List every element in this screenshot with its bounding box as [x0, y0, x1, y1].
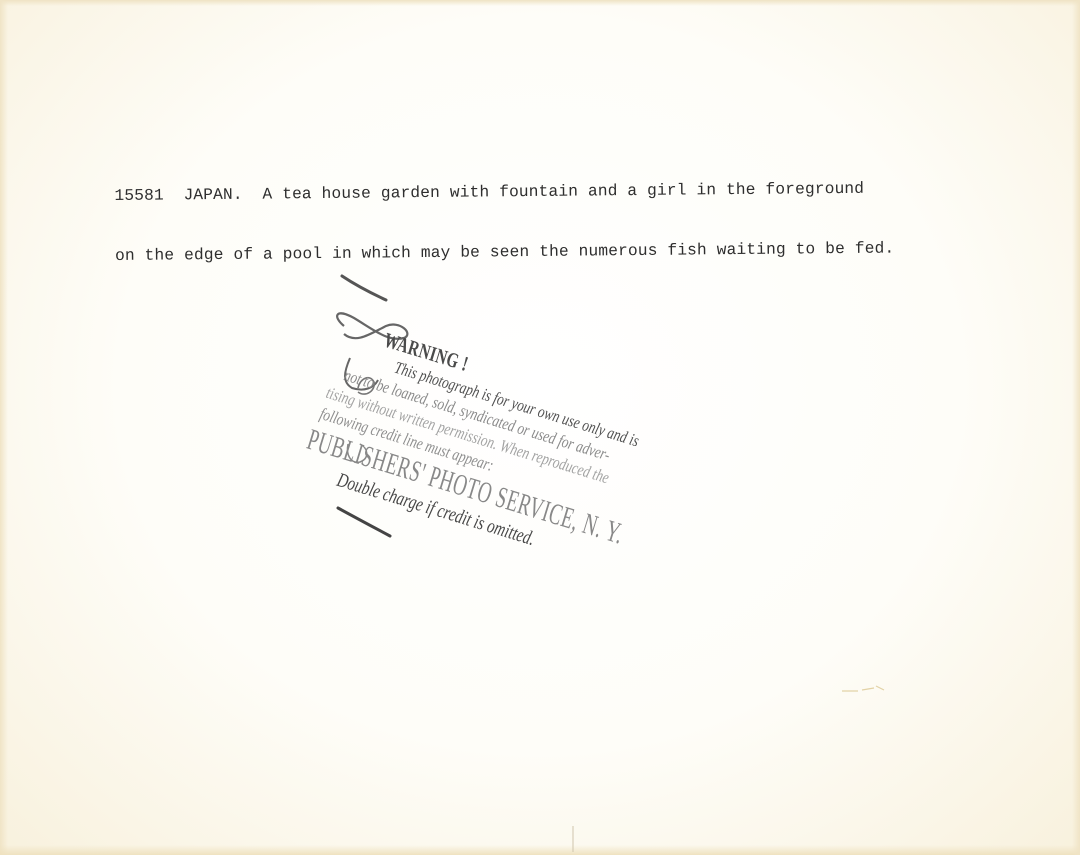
warning-stamp: WARNING ! This photograph is for your ow… [330, 268, 790, 648]
paper-edge-top [0, 0, 1080, 6]
typed-caption: 15581 JAPAN. A tea house garden with fou… [114, 139, 895, 286]
faint-mark-icon [840, 682, 890, 698]
caption-line-1: 15581 JAPAN. A tea house garden with fou… [114, 179, 893, 206]
paper-edge-bottom [0, 845, 1080, 855]
caption-line-2: on the edge of a pool in which may be se… [115, 239, 894, 266]
paper-crease-icon [570, 826, 576, 854]
paper-edge-left [0, 0, 8, 855]
paper-edge-right [1072, 0, 1080, 855]
